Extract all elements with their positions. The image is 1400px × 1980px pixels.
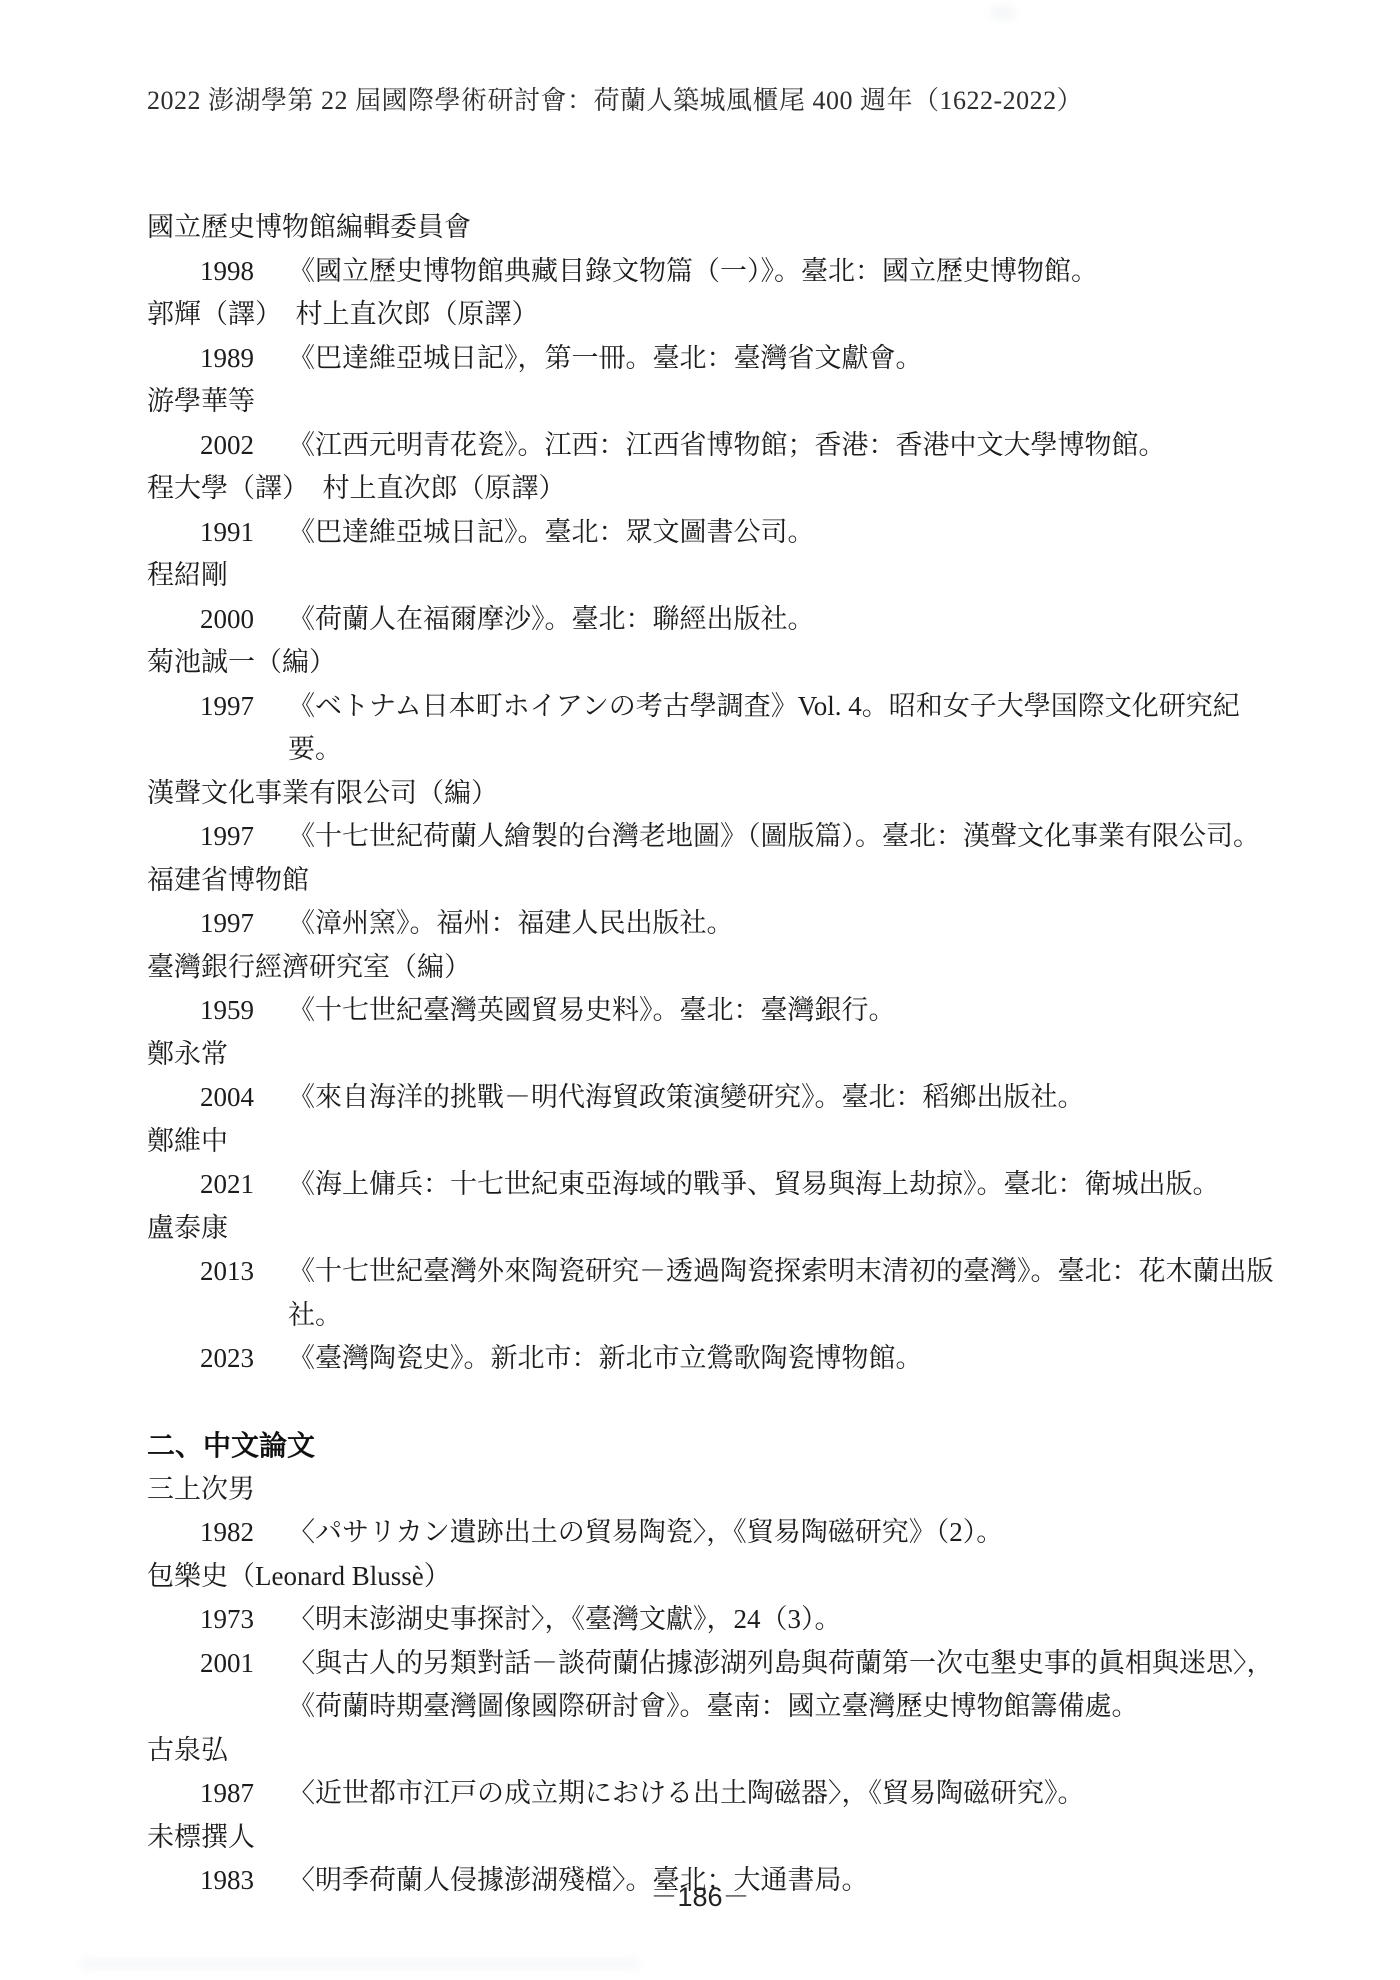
entry-year: 1997 [200, 815, 288, 859]
author-name: 菊池誠一（編） [147, 641, 1347, 685]
entry-text: 《巴達維亞城日記》。臺北：眾文圖書公司。 [288, 511, 1288, 555]
author-name: 福建省博物館 [147, 859, 1347, 903]
entry-year: 2002 [200, 424, 288, 468]
author-name: 漢聲文化事業有限公司（編） [147, 772, 1347, 816]
bibliography-entry: 1982〈パサリカン遺跡出土の貿易陶瓷〉，《貿易陶磁研究》（2）。 [147, 1511, 1347, 1555]
author-name: 程大學（譯） 村上直次郎（原譯） [147, 467, 1347, 511]
bibliography-entry: 2001〈與古人的另類對話－談荷蘭佔據澎湖列島與荷蘭第一次屯墾史事的眞相與迷思〉… [147, 1642, 1347, 1729]
bibliography-entry: 2023《臺灣陶瓷史》。新北市：新北市立鶯歌陶瓷博物館。 [147, 1337, 1347, 1381]
entry-text: 《海上傭兵：十七世紀東亞海域的戰爭、貿易與海上劫掠》。臺北：衛城出版。 [288, 1163, 1288, 1207]
entry-text: 〈與古人的另類對話－談荷蘭佔據澎湖列島與荷蘭第一次屯墾史事的眞相與迷思〉，《荷蘭… [288, 1642, 1288, 1729]
entry-year: 1982 [200, 1511, 288, 1555]
author-name: 程紹剛 [147, 554, 1347, 598]
author-name: 鄭永常 [147, 1033, 1347, 1077]
entry-year: 1959 [200, 989, 288, 1033]
author-name: 包樂史（Leonard Blussè） [147, 1555, 1347, 1599]
bibliography-entry: 2000《荷蘭人在福爾摩沙》。臺北：聯經出版社。 [147, 598, 1347, 642]
scan-artifact [80, 1958, 640, 1970]
running-header: 2022 澎湖學第 22 屆國際學術研討會：荷蘭人築城風櫃尾 400 週年（16… [147, 80, 1083, 117]
bibliography-list: 國立歷史博物館編輯委員會1998《國立歷史博物館典藏目錄文物篇（一）》。臺北：國… [147, 206, 1347, 1903]
entry-text: 《十七世紀臺灣英國貿易史料》。臺北：臺灣銀行。 [288, 989, 1288, 1033]
bibliography-entry: 1989《巴達維亞城日記》，第一冊。臺北：臺灣省文獻會。 [147, 337, 1347, 381]
bibliography-entry: 1998《國立歷史博物館典藏目錄文物篇（一）》。臺北：國立歷史博物館。 [147, 250, 1347, 294]
entry-text: 《十七世紀荷蘭人繪製的台灣老地圖》（圖版篇）。臺北：漢聲文化事業有限公司。 [288, 815, 1288, 859]
bibliography-entry: 1997《十七世紀荷蘭人繪製的台灣老地圖》（圖版篇）。臺北：漢聲文化事業有限公司… [147, 815, 1347, 859]
bibliography-entry: 2002《江西元明青花瓷》。江西：江西省博物館；香港：香港中文大學博物館。 [147, 424, 1347, 468]
entry-text: 《漳州窯》。福州：福建人民出版社。 [288, 902, 1288, 946]
entry-year: 1991 [200, 511, 288, 555]
author-name: 游學華等 [147, 380, 1347, 424]
author-name: 盧泰康 [147, 1207, 1347, 1251]
entry-text: 《荷蘭人在福爾摩沙》。臺北：聯經出版社。 [288, 598, 1288, 642]
author-name: 國立歷史博物館編輯委員會 [147, 206, 1347, 250]
entry-year: 2001 [200, 1642, 288, 1686]
entry-year: 2021 [200, 1163, 288, 1207]
section-heading: 二、中文論文 [147, 1424, 1347, 1468]
entry-text: 《十七世紀臺灣外來陶瓷研究－透過陶瓷探索明末清初的臺灣》。臺北：花木蘭出版社。 [288, 1250, 1288, 1337]
author-name: 未標撰人 [147, 1816, 1347, 1860]
bibliography-entry: 1959《十七世紀臺灣英國貿易史料》。臺北：臺灣銀行。 [147, 989, 1347, 1033]
entry-year: 1997 [200, 685, 288, 729]
entry-year: 1973 [200, 1598, 288, 1642]
entry-year: 1997 [200, 902, 288, 946]
entry-text: 〈パサリカン遺跡出土の貿易陶瓷〉，《貿易陶磁研究》（2）。 [288, 1511, 1288, 1555]
bibliography-entry: 1997《漳州窯》。福州：福建人民出版社。 [147, 902, 1347, 946]
entry-year: 1998 [200, 250, 288, 294]
entry-text: 《巴達維亞城日記》，第一冊。臺北：臺灣省文獻會。 [288, 337, 1288, 381]
entry-text: 〈明末澎湖史事探討〉，《臺灣文獻》，24（3）。 [288, 1598, 1288, 1642]
author-name: 郭輝（譯） 村上直次郎（原譯） [147, 293, 1347, 337]
entry-text: 《國立歷史博物館典藏目錄文物篇（一）》。臺北：國立歷史博物館。 [288, 250, 1288, 294]
author-name: 古泉弘 [147, 1729, 1347, 1773]
entry-text: 《臺灣陶瓷史》。新北市：新北市立鶯歌陶瓷博物館。 [288, 1337, 1288, 1381]
entry-year: 1987 [200, 1772, 288, 1816]
page-footer: －186－ [0, 1876, 1400, 1919]
bibliography-entry: 1997《ベトナム日本町ホイアンの考古學調査》Vol. 4。昭和女子大學国際文化… [147, 685, 1347, 772]
scan-artifact [990, 6, 1016, 20]
entry-year: 2000 [200, 598, 288, 642]
author-name: 三上次男 [147, 1468, 1347, 1512]
entry-text: 《ベトナム日本町ホイアンの考古學調査》Vol. 4。昭和女子大學国際文化研究紀要… [288, 685, 1288, 772]
bibliography-entry: 1987〈近世都市江戸の成立期における出土陶磁器〉，《貿易陶磁研究》。 [147, 1772, 1347, 1816]
bibliography-entry: 2013《十七世紀臺灣外來陶瓷研究－透過陶瓷探索明末清初的臺灣》。臺北：花木蘭出… [147, 1250, 1347, 1337]
bibliography-entry: 1991《巴達維亞城日記》。臺北：眾文圖書公司。 [147, 511, 1347, 555]
entry-year: 2013 [200, 1250, 288, 1294]
author-name: 臺灣銀行經濟研究室（編） [147, 946, 1347, 990]
document-page: 2022 澎湖學第 22 屆國際學術研討會：荷蘭人築城風櫃尾 400 週年（16… [0, 0, 1400, 1980]
bibliography-entry: 2021《海上傭兵：十七世紀東亞海域的戰爭、貿易與海上劫掠》。臺北：衛城出版。 [147, 1163, 1347, 1207]
entry-year: 1989 [200, 337, 288, 381]
entry-year: 2023 [200, 1337, 288, 1381]
entry-text: 《江西元明青花瓷》。江西：江西省博物館；香港：香港中文大學博物館。 [288, 424, 1288, 468]
entry-year: 2004 [200, 1076, 288, 1120]
bibliography-entry: 1973〈明末澎湖史事探討〉，《臺灣文獻》，24（3）。 [147, 1598, 1347, 1642]
bibliography-entry: 2004《來自海洋的挑戰－明代海貿政策演變研究》。臺北：稻鄉出版社。 [147, 1076, 1347, 1120]
entry-text: 《來自海洋的挑戰－明代海貿政策演變研究》。臺北：稻鄉出版社。 [288, 1076, 1288, 1120]
entry-text: 〈近世都市江戸の成立期における出土陶磁器〉，《貿易陶磁研究》。 [288, 1772, 1288, 1816]
author-name: 鄭維中 [147, 1120, 1347, 1164]
page-number: －186－ [650, 1882, 749, 1912]
